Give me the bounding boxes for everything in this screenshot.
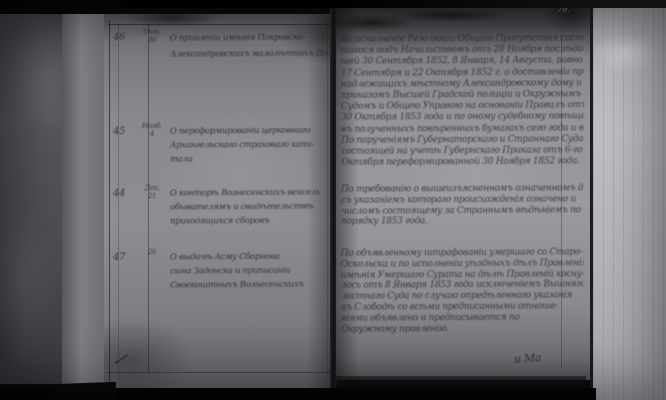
handwritten-line: Окружному правленію. [341, 323, 584, 335]
entry-month: Дек. [134, 184, 170, 192]
table-rule-left-edge [109, 20, 110, 382]
entry-title-line: обывателямъ и свидѣтельствѣ [170, 199, 328, 214]
entry-title-line: О выдачѣ Асму Сборнова [170, 249, 328, 264]
entry-title-line: Александровскихъ малолѣтнихъ Дѣтей [170, 45, 328, 62]
entry-title-line: О конторѣ Вознесенскихъ вексель [170, 185, 328, 200]
entry-date: Дек. 21 [134, 184, 170, 200]
handwritten-line: Октября переформированной 30 Ноября 1852… [341, 156, 584, 169]
entry-month: Окт. [134, 28, 170, 36]
entry-title-line: Архангельскаго страховаго капи- [170, 137, 328, 152]
register-entry-1: 46 Окт. 30 О принятіи имѣнія Покровска-А… [112, 30, 328, 90]
book-binding-shadow-area [0, 0, 68, 384]
film-border-top-left-blotch [0, 0, 122, 14]
entry-day: 30 [134, 36, 170, 44]
entry-date: 26 [134, 248, 170, 256]
closing-flourish: и Ма [514, 351, 542, 366]
table-rule-top [108, 24, 330, 25]
register-entry-3: 44 Дек. 21 О конторѣ Вознесенскихъ вексе… [112, 186, 328, 246]
entry-day: 4 [134, 130, 170, 138]
handwritten-paragraph-1: Во исполненіе Резолюціи Общаго Присутств… [341, 33, 585, 169]
entry-title-line: О переформированіи церковнаго [170, 123, 328, 138]
entry-title-line: тала [170, 151, 328, 166]
register-entry-2: 45 Нояб. 4 О переформированіи церковнаго… [112, 124, 328, 184]
left-page-outer-edge [62, 12, 108, 390]
entry-month: Нояб. [134, 122, 170, 130]
handwritten-line: порядку 1853 года. [341, 216, 584, 228]
entry-title-line: сына Задонска и приписаніи [170, 263, 328, 278]
entry-title-line: приходящихся сборовъ [170, 213, 328, 228]
entry-title-line: О принятіи имѣнія Покровска- [170, 29, 328, 46]
scanned-book-spread: 46 Окт. 30 О принятіи имѣнія Покровска-А… [0, 0, 666, 400]
entry-number: 46 [113, 32, 125, 43]
entry-number: 47 [113, 252, 125, 263]
film-border-bottom-left-blotch [54, 382, 117, 400]
entry-day: 21 [134, 192, 170, 200]
entry-number: 45 [113, 126, 125, 137]
entry-day: 26 [134, 248, 170, 256]
left-page: 46 Окт. 30 О принятіи имѣнія Покровска-А… [104, 14, 332, 390]
handwritten-paragraph-3: По объявленному штрафованіи умершаго со … [341, 247, 585, 335]
register-entry-4: 47 26 О выдачѣ Асму Сборновасына Задонск… [112, 250, 328, 310]
entry-date: Окт. 30 [134, 28, 170, 44]
right-page: 79. Во исполненіе Резолюціи Общаго Прису… [336, 4, 590, 380]
pen-tick-mark [115, 354, 129, 364]
handwritten-paragraph-2: По требованію о вышеизъясненномъ означен… [341, 183, 584, 228]
entry-number: 44 [113, 188, 125, 199]
page-block-fore-edge [590, 6, 666, 400]
table-rule-bottom [107, 372, 330, 373]
entry-title-line: Своекоштныхъ Вознесенскихъ [170, 277, 328, 292]
entry-date: Нояб. 4 [134, 122, 170, 138]
